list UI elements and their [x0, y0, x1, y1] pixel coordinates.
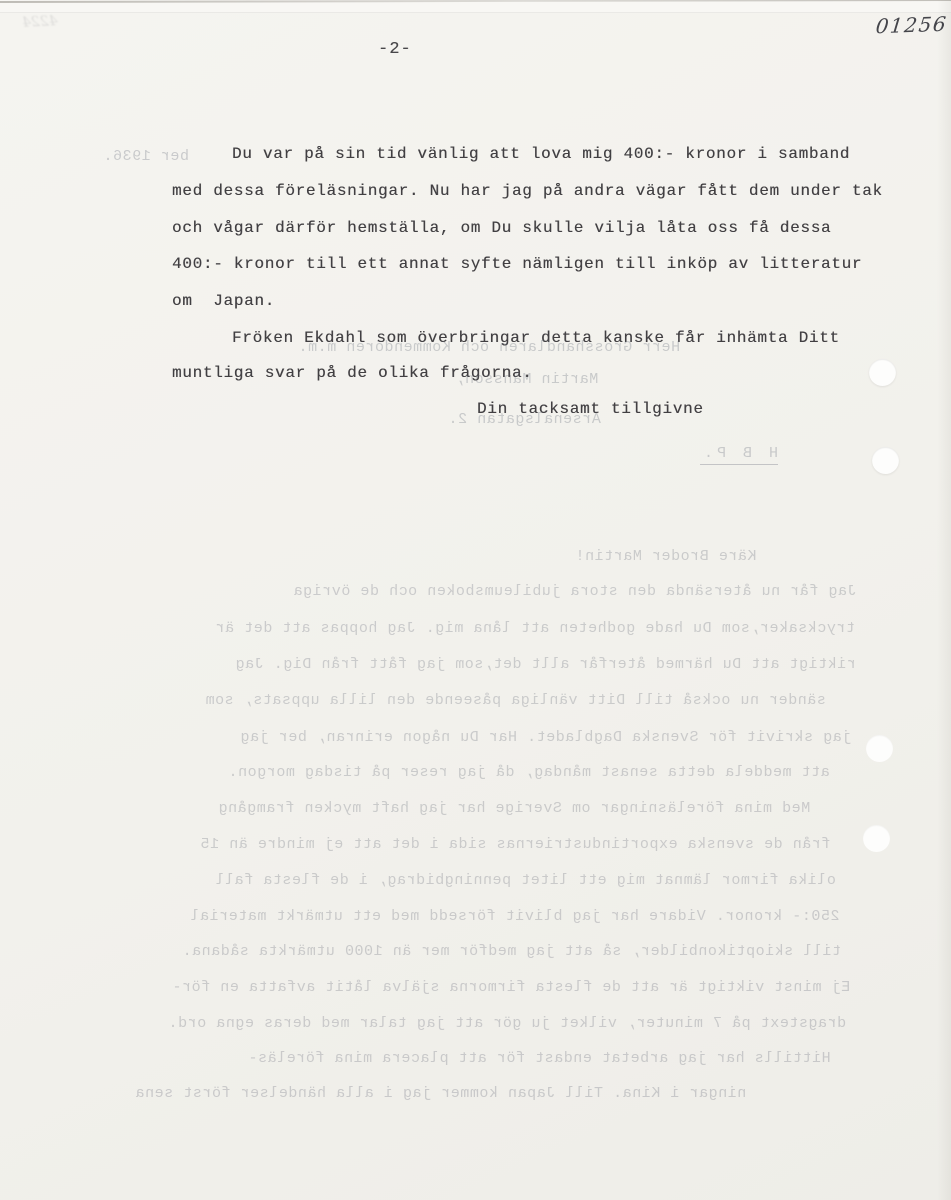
punch-hole-1	[869, 359, 896, 386]
typed-line-1: Du var på sin tid vänlig att lova mig 40…	[232, 145, 850, 163]
page-number: -2-	[378, 40, 412, 59]
bleed-upper-line-4: Arsenalsgatan 2.	[448, 411, 601, 428]
bleed-lower-line-11: 250:- kronor. Vidare har jag blivit förs…	[190, 908, 840, 925]
archive-number-handwritten: 01256	[875, 12, 949, 38]
bleed-upper-line-3: Martin Månsson,	[455, 371, 598, 388]
punch-hole-4	[863, 825, 890, 852]
bleed-upper-line-5: H B P.	[700, 445, 778, 465]
bleed-upper-line-1: ber 1936.	[103, 148, 189, 165]
bleed-lower-line-15: Hittills har jag arbetat endast för att …	[248, 1050, 831, 1067]
typed-line-5: om Japan.	[172, 292, 275, 310]
punch-hole-2	[872, 447, 899, 474]
bleed-lower-line-9: från de svenska exportindustriernas sida…	[200, 836, 830, 853]
paper-right-shadow	[937, 0, 951, 1200]
bleed-lower-line-14: dragstext på 7 minuter, vilket ju gör at…	[168, 1015, 846, 1032]
typed-line-3: och vågar därför hemställa, om Du skulle…	[172, 219, 831, 237]
bleed-lower-line-10: olika firmor lämnat mig ett litet pennin…	[215, 872, 836, 889]
bleed-lower-line-4: riktigt att Du härmed återfår allt det,s…	[235, 656, 856, 673]
typed-line-2: med dessa föreläsningar. Nu har jag på a…	[172, 182, 883, 200]
bleed-lower-line-3: trycksaker,som Du hade godheten att låna…	[215, 620, 855, 637]
bleed-lower-line-6: jag skrivit för Svenska Dagbladet. Har D…	[240, 729, 851, 746]
typed-line-4: 400:- kronor till ett annat syfte nämlig…	[172, 255, 862, 273]
bleed-lower-line-13: Ej minst viktigt är att de flesta firmor…	[172, 979, 850, 996]
bleed-lower-line-16: ningar i Kina. Till Japan kommer jag i a…	[135, 1085, 746, 1102]
faint-corner-mark: 4224	[22, 13, 58, 31]
bleed-lower-line-12: till skioptikonbilder, så att jag medför…	[182, 943, 841, 960]
bleed-lower-line-8: Med mina föreläsningar om Sverige har ja…	[218, 800, 810, 817]
bleed-lower-line-1: Käre Broder Martin!	[575, 548, 756, 565]
bleed-lower-line-2: Jag får nu återsända den stora jubileums…	[293, 583, 857, 600]
punch-hole-3	[866, 735, 893, 762]
bleed-lower-line-7: att meddela detta senast måndag, då jag …	[228, 764, 830, 781]
bleed-lower-line-5: sänder nu också till Ditt vänliga påseen…	[205, 692, 826, 709]
scanned-letter-page: 4224 -2- 01256 Du var på sin tid vänlig …	[0, 0, 951, 1200]
bleed-upper-line-2: Herr Grosshandlaren och Kommendören m.m.	[298, 339, 680, 356]
